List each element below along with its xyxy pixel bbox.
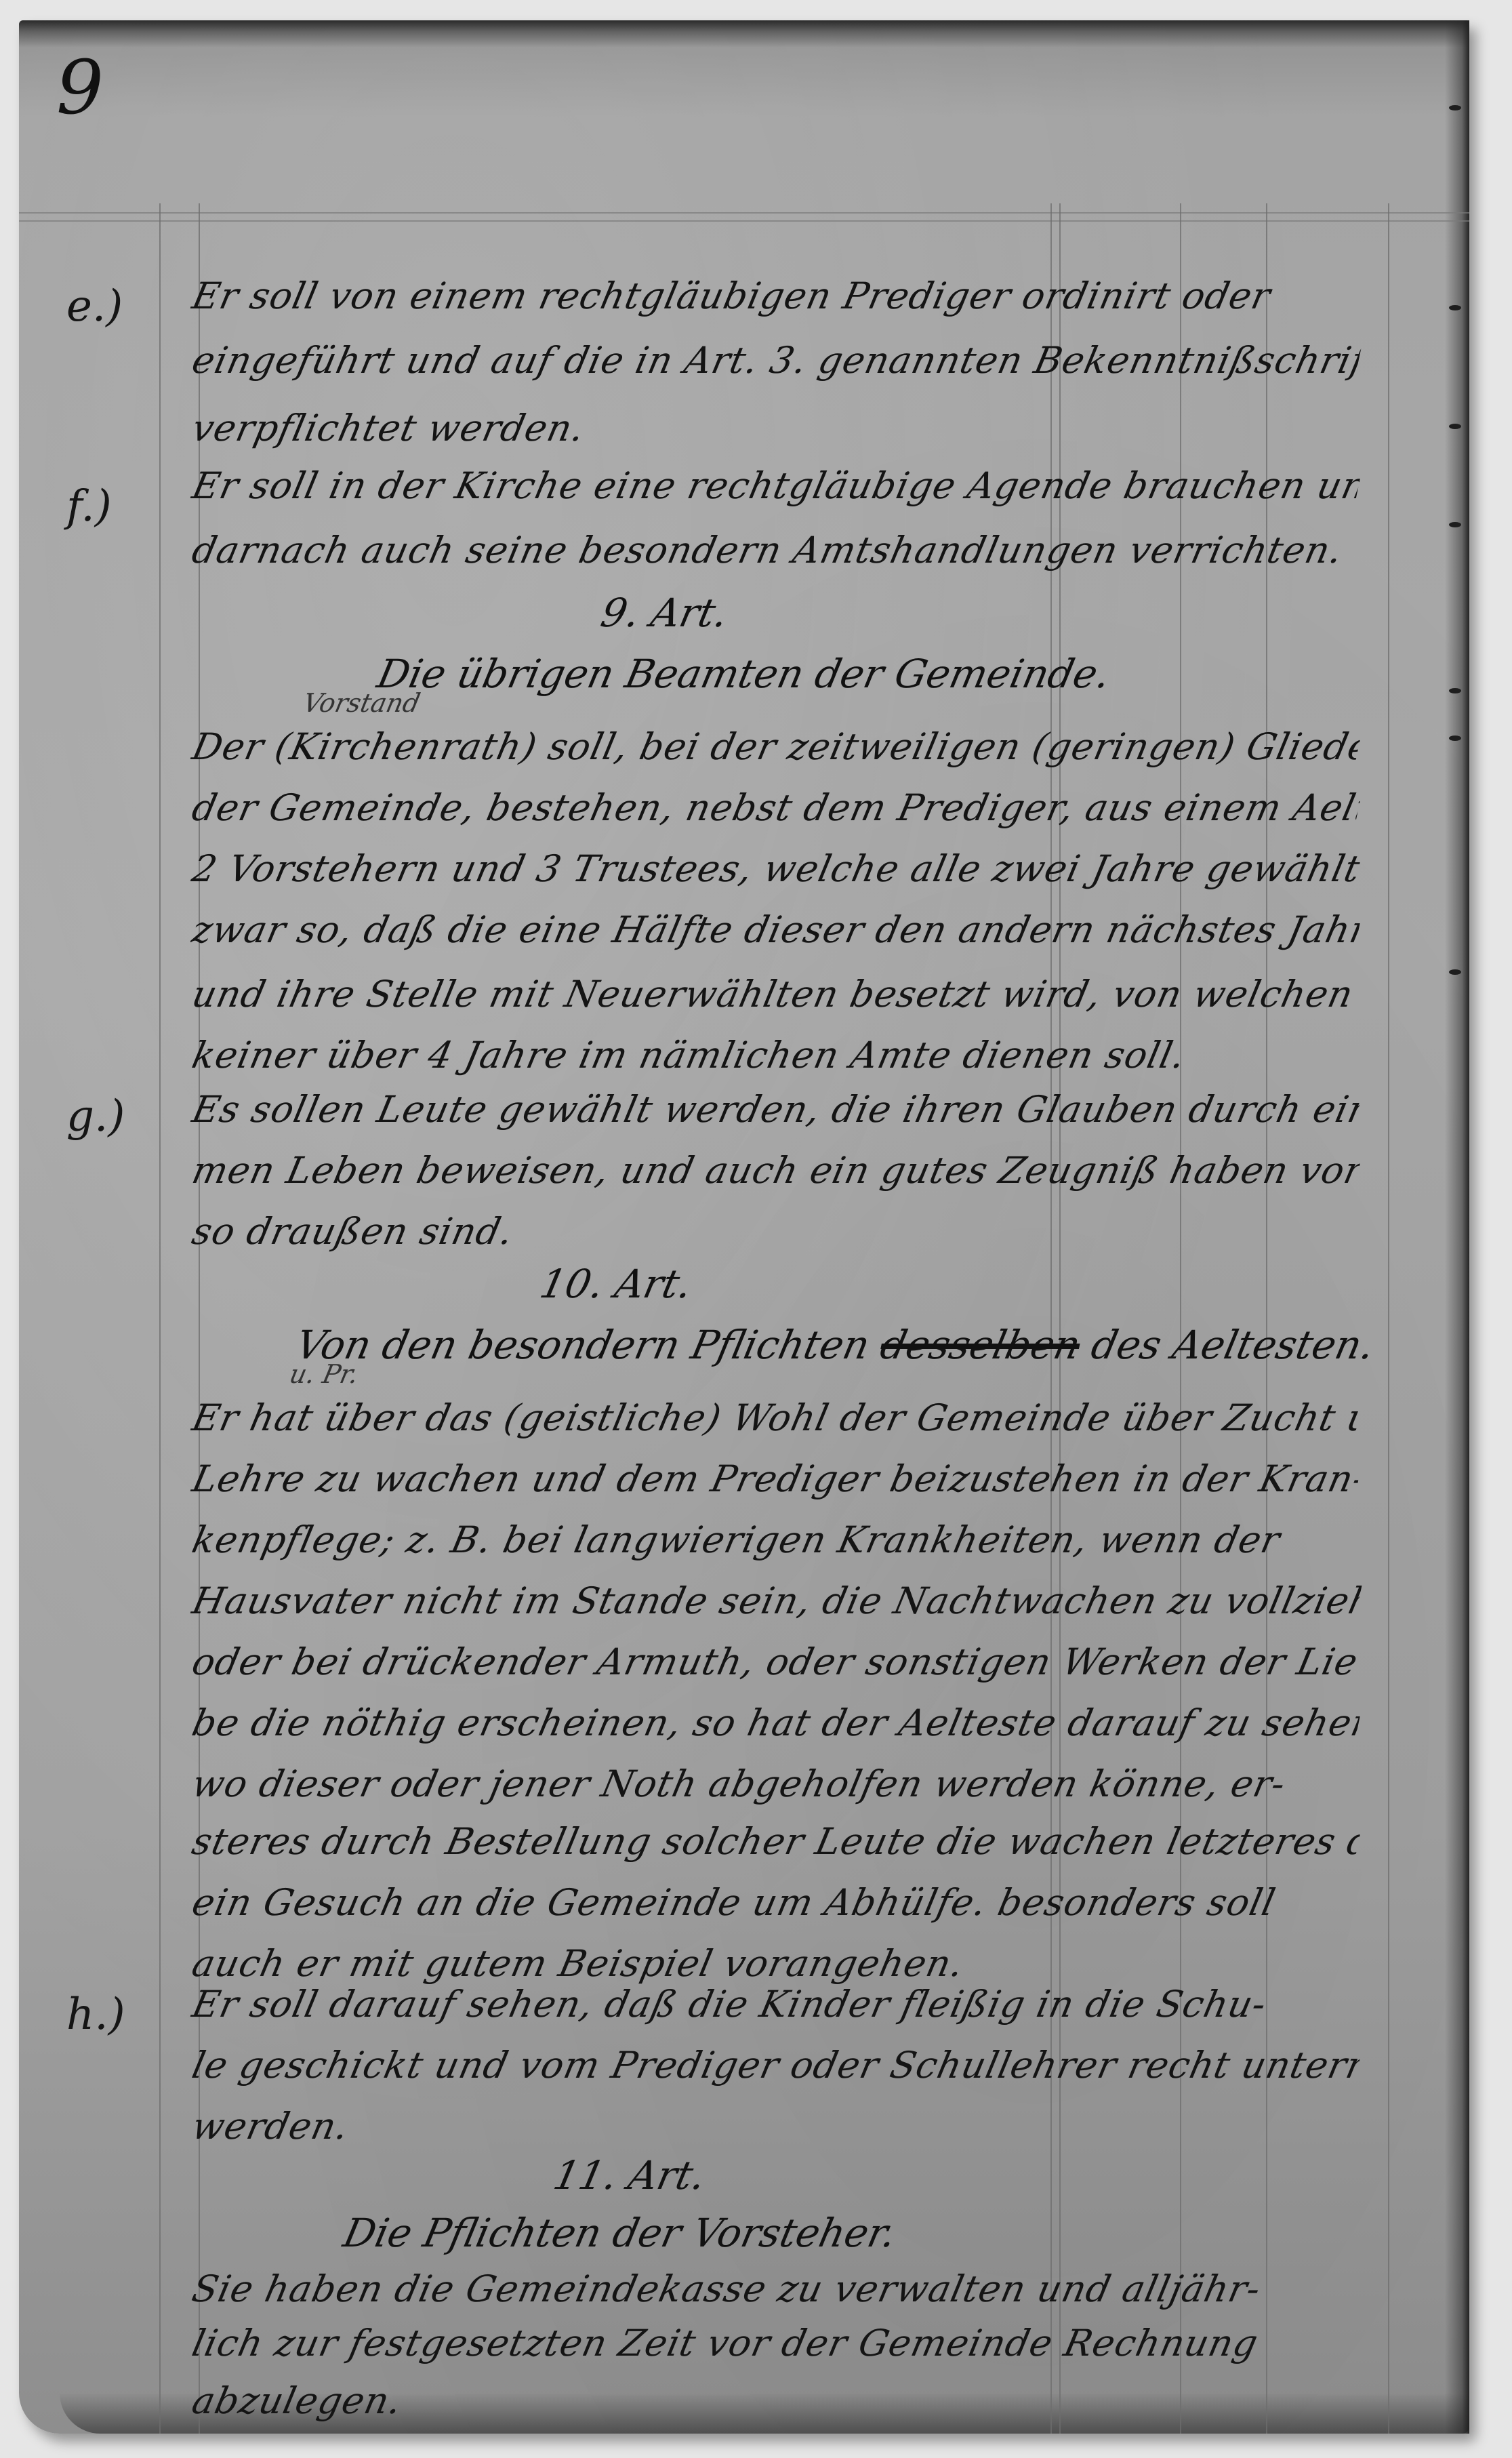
- binding-hole: [1449, 522, 1461, 527]
- insertion-above-line: Vorstand: [300, 688, 423, 718]
- text-line: Sie haben die Gemeindekasse zu verwalten…: [188, 2268, 1363, 2310]
- manuscript-page: 9 e.) Er soll von einem rechtgläubigen P…: [19, 20, 1469, 2434]
- article-10-number: 10. Art.: [536, 1261, 696, 1307]
- text-line: zwar so, daß die eine Hälfte dieser den …: [188, 908, 1363, 951]
- text-line: kenpflege; z. B. bei langwierigen Krankh…: [188, 1518, 1363, 1561]
- text-line: abzulegen.: [188, 2379, 1363, 2422]
- article-9-number: 9. Art.: [597, 590, 733, 636]
- text-line: Er soll von einem rechtgläubigen Predige…: [188, 275, 1363, 317]
- margin-label-g: g.): [66, 1091, 125, 1142]
- text-line: keiner über 4 Jahre im nämlichen Amte di…: [188, 1034, 1363, 1076]
- text-line: darnach auch seine besondern Amtshandlun…: [188, 529, 1363, 571]
- text-line: werden.: [188, 2105, 1363, 2148]
- article-11-title: Die Pflichten der Vorsteher.: [340, 2210, 900, 2256]
- binding-hole: [1449, 688, 1461, 693]
- text-line: Er soll in der Kirche eine rechtgläubige…: [188, 464, 1363, 507]
- text-line: auch er mit gutem Beispiel vorangehen.: [188, 1942, 1363, 1985]
- article-10-title: Von den besondern Pflichten desselben de…: [292, 1322, 1378, 1368]
- margin-label-f: f.): [66, 481, 112, 531]
- article-9-title: Die übrigen Beamten der Gemeinde.: [373, 651, 1115, 697]
- text-line: Er hat über das (geistliche) Wohl der Ge…: [188, 1396, 1363, 1439]
- text-line: steres durch Bestellung solcher Leute di…: [188, 1820, 1363, 1863]
- text-line: und ihre Stelle mit Neuerwählten besetzt…: [188, 973, 1363, 1015]
- header-rule-top: [19, 212, 1469, 214]
- text-line: der Gemeinde, bestehen, nebst dem Predig…: [188, 786, 1363, 829]
- text-line: be die nöthig erscheinen, so hat der Ael…: [188, 1701, 1363, 1744]
- margin-label-h: h.): [66, 1990, 125, 2040]
- text-line: eingeführt und auf die in Art. 3. genann…: [188, 339, 1363, 382]
- bound-right-edge: [1445, 20, 1469, 2434]
- struck-word: desselben: [876, 1322, 1084, 1368]
- text-line: oder bei drückender Armuth, oder sonstig…: [188, 1640, 1363, 1683]
- margin-label-e: e.): [66, 281, 123, 331]
- text-line: wo dieser oder jener Noth abgeholfen wer…: [188, 1762, 1363, 1805]
- binding-hole: [1449, 305, 1461, 310]
- text-line: verpflichtet werden.: [188, 407, 1363, 449]
- binding-hole: [1449, 736, 1461, 741]
- text-line: Hausvater nicht im Stande sein, die Nach…: [188, 1579, 1363, 1622]
- torn-top-edge: [19, 20, 1469, 47]
- text-line: so draußen sind.: [188, 1210, 1363, 1253]
- text-line: le geschickt und vom Prediger oder Schul…: [188, 2044, 1363, 2087]
- text-line: ein Gesuch an die Gemeinde um Abhülfe. b…: [188, 1881, 1363, 1924]
- page-number: 9: [56, 44, 104, 131]
- text-line: Der (Kirchenrath) soll, bei der zeitweil…: [188, 725, 1363, 768]
- text-line: 2 Vorstehern und 3 Trustees, welche alle…: [188, 847, 1363, 890]
- binding-hole: [1449, 969, 1461, 975]
- text-line: men Leben beweisen, und auch ein gutes Z…: [188, 1149, 1363, 1192]
- article-11-number: 11. Art.: [550, 2152, 710, 2198]
- margin-rule-1: [159, 203, 161, 2434]
- header-rule-bottom: [19, 220, 1469, 222]
- article-10-title-end: des Aeltesten.: [1087, 1322, 1378, 1368]
- text-line: lich zur festgesetzten Zeit vor der Geme…: [188, 2322, 1363, 2364]
- text-line: Er soll darauf sehen, daß die Kinder fle…: [188, 1983, 1363, 2026]
- article-10-title-start: Von den besondern Pflichten: [292, 1322, 874, 1368]
- column-rule-5: [1388, 203, 1389, 2434]
- text-line: Lehre zu wachen und dem Prediger beizust…: [188, 1457, 1363, 1500]
- text-line: Es sollen Leute gewählt werden, die ihre…: [188, 1088, 1363, 1131]
- binding-hole: [1449, 105, 1461, 110]
- insertion-above-line: u. Pr.: [287, 1359, 361, 1389]
- binding-hole: [1449, 424, 1461, 429]
